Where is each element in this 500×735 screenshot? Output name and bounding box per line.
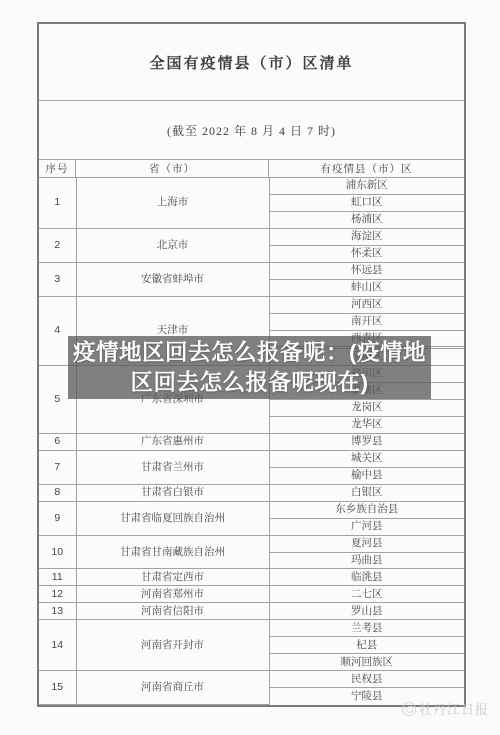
as-of-date-subtitle: (截至 2022 年 8 月 4 日 7 时) <box>39 101 464 160</box>
row-number-cell: 15 <box>39 671 76 705</box>
district-cell: 白银区 <box>269 484 464 501</box>
district-cell: 顺河回族区 <box>269 654 464 671</box>
district-cell: 河西区 <box>269 296 464 313</box>
table-row: 12河南省郑州市二七区 <box>39 586 464 603</box>
row-number-cell: 6 <box>39 433 76 450</box>
province-cell: 甘肃省定西市 <box>76 569 269 586</box>
province-cell: 甘肃省兰州市 <box>76 450 269 484</box>
district-cell: 博罗县 <box>269 433 464 450</box>
district-cell: 怀柔区 <box>269 245 464 262</box>
province-cell: 北京市 <box>76 228 269 262</box>
row-number-cell: 1 <box>39 178 76 228</box>
district-cell: 浦东新区 <box>269 178 464 194</box>
row-number-cell: 11 <box>39 569 76 586</box>
table-row: 15河南省商丘市民权县 <box>39 671 464 688</box>
province-cell: 甘肃省甘南藏族自治州 <box>76 535 269 569</box>
caption-overlay-banner: 疫情地区回去怎么报备呢：(疫情地 区回去怎么报备呢现在) <box>68 336 431 399</box>
district-cell: 二七区 <box>269 586 464 603</box>
row-number-cell: 13 <box>39 603 76 620</box>
table-row: 14河南省开封市兰考县 <box>39 620 464 637</box>
table-body-wrap: 1上海市浦东新区虹口区杨浦区2北京市海淀区怀柔区3安徽省蚌埠市怀远县蚌山区4天津… <box>39 178 464 705</box>
table-row: 11甘肃省定西市临洮县 <box>39 569 464 586</box>
district-cell: 怀远县 <box>269 262 464 279</box>
newspaper-watermark: 牡丹江日报 <box>402 699 489 718</box>
district-cell: 南开区 <box>269 313 464 330</box>
district-cell: 兰考县 <box>269 620 464 637</box>
district-cell: 玛曲县 <box>269 552 464 569</box>
district-cell: 蚌山区 <box>269 279 464 296</box>
header-cell-district: 有疫情县（市）区 <box>269 160 464 177</box>
table-row: 2北京市海淀区 <box>39 228 464 245</box>
row-number-cell: 14 <box>39 620 76 671</box>
table-row: 8甘肃省白银市白银区 <box>39 484 464 501</box>
district-cell: 龙岗区 <box>269 399 464 416</box>
table-header-row: 序号 省（市） 有疫情县（市）区 <box>39 160 464 178</box>
district-cell: 夏河县 <box>269 535 464 552</box>
district-cell: 榆中县 <box>269 467 464 484</box>
table-row: 7甘肃省兰州市城关区 <box>39 450 464 467</box>
row-number-cell: 3 <box>39 262 76 296</box>
overlay-title-line1: 疫情地区回去怎么报备呢：(疫情地 <box>73 338 426 368</box>
overlay-title-line2: 区回去怎么报备呢现在) <box>131 368 369 398</box>
province-cell: 安徽省蚌埠市 <box>76 262 269 296</box>
row-number-cell: 9 <box>39 501 76 535</box>
province-cell: 甘肃省临夏回族自治州 <box>76 501 269 535</box>
province-cell: 河南省商丘市 <box>76 671 269 705</box>
row-number-cell: 8 <box>39 484 76 501</box>
province-cell: 河南省郑州市 <box>76 586 269 603</box>
table-row: 13河南省信阳市罗山县 <box>39 603 464 620</box>
district-cell: 杞县 <box>269 637 464 654</box>
district-cell: 海淀区 <box>269 228 464 245</box>
table-row: 1上海市浦东新区 <box>39 178 464 194</box>
district-cell: 广河县 <box>269 518 464 535</box>
page-title: 全国有疫情县（市）区清单 <box>39 24 464 101</box>
district-cell: 民权县 <box>269 671 464 688</box>
province-cell: 河南省开封市 <box>76 620 269 671</box>
province-cell: 广东省惠州市 <box>76 433 269 450</box>
district-cell: 虹口区 <box>269 194 464 211</box>
district-cell: 龙华区 <box>269 416 464 433</box>
row-number-cell: 2 <box>39 228 76 262</box>
district-table: 1上海市浦东新区虹口区杨浦区2北京市海淀区怀柔区3安徽省蚌埠市怀远县蚌山区4天津… <box>39 178 464 705</box>
table-row: 10甘肃省甘南藏族自治州夏河县 <box>39 535 464 552</box>
table-row: 6广东省惠州市博罗县 <box>39 433 464 450</box>
header-cell-number: 序号 <box>39 160 76 177</box>
district-cell: 杨浦区 <box>269 211 464 228</box>
row-number-cell: 12 <box>39 586 76 603</box>
row-number-cell: 7 <box>39 450 76 484</box>
district-cell: 罗山县 <box>269 603 464 620</box>
district-table-body: 1上海市浦东新区虹口区杨浦区2北京市海淀区怀柔区3安徽省蚌埠市怀远县蚌山区4天津… <box>39 178 464 705</box>
table-row: 4天津市河西区 <box>39 296 464 313</box>
header-cell-province: 省（市） <box>76 160 269 177</box>
province-cell: 上海市 <box>76 178 269 228</box>
district-cell: 临洮县 <box>269 569 464 586</box>
province-cell: 河南省信阳市 <box>76 603 269 620</box>
table-row: 9甘肃省临夏回族自治州东乡族自治县 <box>39 501 464 518</box>
province-cell: 甘肃省白银市 <box>76 484 269 501</box>
newspaper-logo-icon <box>402 702 416 716</box>
district-cell: 东乡族自治县 <box>269 501 464 518</box>
watermark-label: 牡丹江日报 <box>419 699 489 718</box>
table-row: 3安徽省蚌埠市怀远县 <box>39 262 464 279</box>
row-number-cell: 10 <box>39 535 76 569</box>
district-cell: 城关区 <box>269 450 464 467</box>
document-page: { "page": { "title": "全国有疫情县（市）区清单", "su… <box>0 0 500 735</box>
